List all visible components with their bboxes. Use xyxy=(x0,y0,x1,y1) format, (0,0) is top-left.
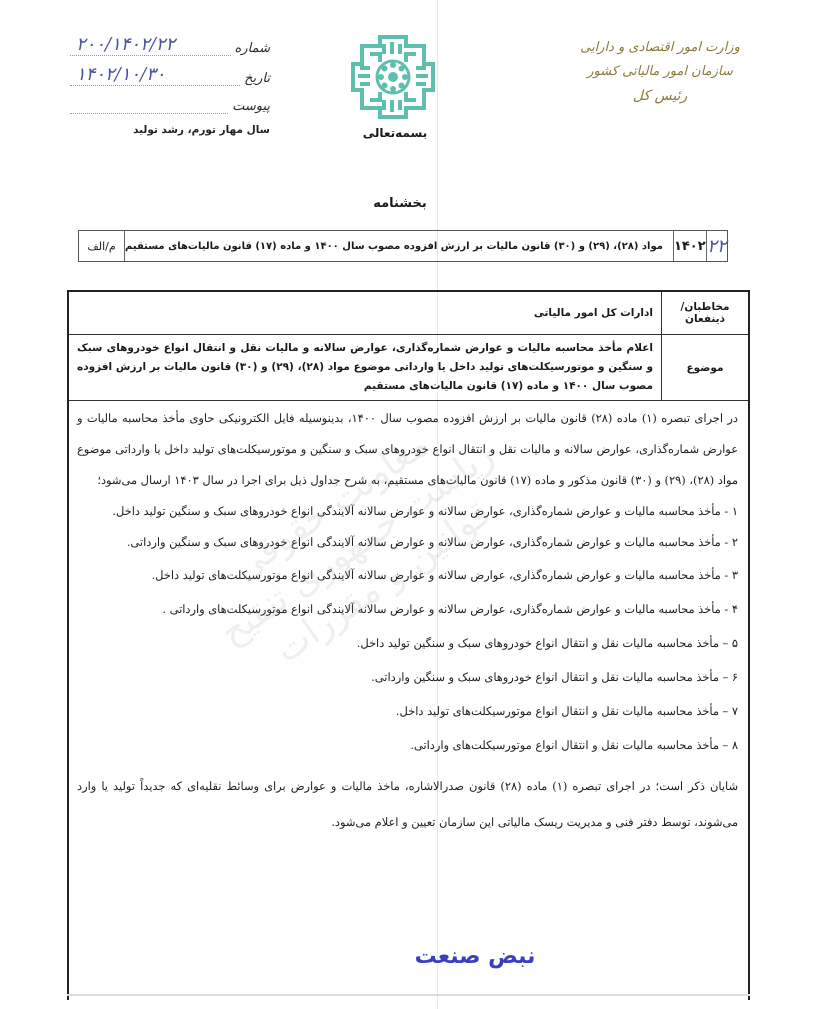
ministry-name: وزارت امور اقتصادی و دارایی xyxy=(560,36,760,60)
ref-year: ۱۴۰۲ xyxy=(673,231,706,261)
subject-value: اعلام مأخذ محاسبه مالیات و عوارض شماره‌گ… xyxy=(69,335,662,401)
list-item: ۶ – مأخذ محاسبه مالیات نقل و انتقال انوا… xyxy=(77,660,738,694)
body-text: در اجرای تبصره (۱) ماده (۲۸) قانون مالیا… xyxy=(69,403,748,840)
reference-table: ۲۲ ۱۴۰۲ مواد (۲۸)، (۲۹) و (۳۰) قانون مال… xyxy=(78,230,728,262)
year-slogan: سال مهار تورم، رشد تولید xyxy=(100,124,270,136)
list-item: ۵ – مأخذ محاسبه مالیات نقل و انتقال انوا… xyxy=(77,626,738,660)
intro-paragraph: در اجرای تبصره (۱) ماده (۲۸) قانون مالیا… xyxy=(77,403,738,496)
ref-code: م/الف xyxy=(79,231,124,261)
date-row: تاریخ ۱۴۰۲/۱۰/۳۰ xyxy=(70,60,270,86)
list-item: ۱ - مأخذ محاسبه مالیات و عوارض شماره‌گذا… xyxy=(77,496,738,527)
bismillah-heading: بسمه‌تعالی xyxy=(340,126,450,140)
subject-label: موضوع xyxy=(662,335,749,401)
list-item: ۴ - مأخذ محاسبه مالیات و عوارض شماره‌گذا… xyxy=(77,592,738,626)
attachment-row: پیوست xyxy=(70,88,270,114)
number-row: شماره ۲۰۰/۱۴۰۲/۲۲ xyxy=(70,30,270,56)
organization-name: سازمان امور مالیاتی کشور xyxy=(560,60,760,84)
list-item: ۷ – مأخذ محاسبه مالیات نقل و انتقال انوا… xyxy=(77,694,738,728)
audience-row: مخاطبان/ذینفعان ادارات کل امور مالیاتی xyxy=(69,292,748,335)
list-item: ۳ - مأخذ محاسبه مالیات و عوارض شماره‌گذا… xyxy=(77,558,738,592)
attachment-label: پیوست xyxy=(232,99,270,114)
number-label: شماره xyxy=(235,41,270,56)
tax-organization-logo-icon xyxy=(350,34,436,120)
audience-value: ادارات کل امور مالیاتی xyxy=(69,292,662,335)
audience-label: مخاطبان/ذینفعان xyxy=(662,292,749,335)
ref-handwritten-number: ۲۲ xyxy=(706,231,727,261)
page-bottom-edge xyxy=(67,994,750,996)
attachment-value xyxy=(70,113,228,114)
document-type-title: بخشنامه xyxy=(320,196,480,211)
number-value: ۲۰۰/۱۴۰۲/۲۲ xyxy=(70,34,231,56)
list-item: ۲ - مأخذ محاسبه مالیات و عوارض شماره‌گذا… xyxy=(77,527,738,558)
list-item: ۸ – مأخذ محاسبه مالیات نقل و انتقال انوا… xyxy=(77,728,738,762)
meta-table: مخاطبان/ذینفعان ادارات کل امور مالیاتی م… xyxy=(69,292,748,401)
source-brand-label: نبض صنعت xyxy=(400,944,550,969)
organization-header: وزارت امور اقتصادی و دارایی سازمان امور … xyxy=(560,36,760,108)
note-paragraph: شایان ذکر است؛ در اجرای تبصره (۱) ماده (… xyxy=(77,768,738,840)
date-label: تاریخ xyxy=(244,71,270,86)
circular-body-frame: مخاطبان/ذینفعان ادارات کل امور مالیاتی م… xyxy=(67,290,750,1000)
signatory-title: رئیس کل xyxy=(560,84,760,108)
date-value: ۱۴۰۲/۱۰/۳۰ xyxy=(70,64,240,86)
subject-row: موضوع اعلام مأخذ محاسبه مالیات و عوارض ش… xyxy=(69,335,748,401)
ref-subject: مواد (۲۸)، (۲۹) و (۳۰) قانون مالیات بر ا… xyxy=(124,231,673,261)
